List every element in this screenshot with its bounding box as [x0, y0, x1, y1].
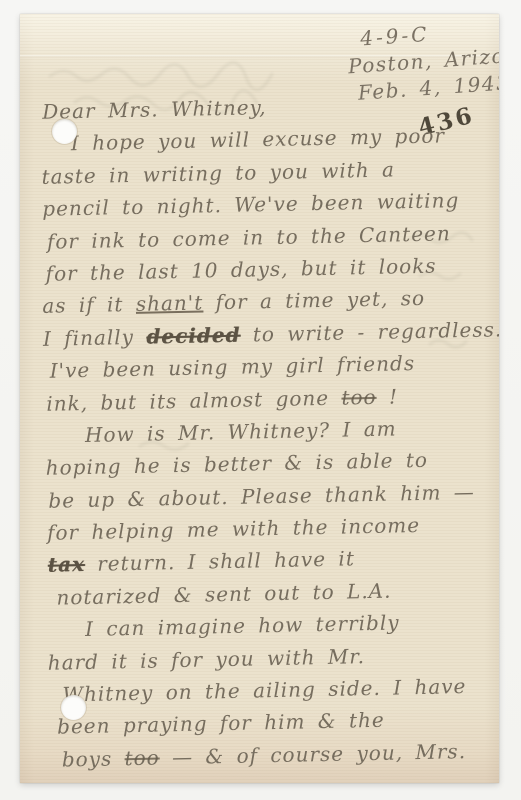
letter-text-segment: too: [124, 745, 160, 770]
letter-text-segment: to write - regardless.: [240, 317, 499, 346]
letter-text-segment: shan't: [136, 291, 204, 316]
letter-text-segment: I can imagine how terribly: [85, 611, 400, 642]
letter-text-segment: ink, but its almost gone: [46, 385, 342, 415]
punch-hole-bottom: [61, 695, 86, 720]
scan-background: 4-9-C Poston, Arizona Feb. 4, 1943 436 D…: [0, 0, 521, 800]
letter-text-segment: as if it: [42, 292, 136, 318]
letter-text-segment: too: [341, 384, 377, 409]
letter-text-segment: !: [376, 384, 398, 408]
letter-text-segment: How is Mr. Whitney? I am: [85, 416, 397, 447]
letter-text-segment: — & of course you, Mrs.: [159, 739, 466, 769]
letter-text-segment: decided: [146, 322, 241, 348]
letter-text-segment: I finally: [43, 324, 147, 350]
letter-page: 4-9-C Poston, Arizona Feb. 4, 1943 436 D…: [20, 14, 499, 783]
letter-text-segment: return. I shall have it: [85, 547, 355, 577]
letter-text-segment: tax: [47, 552, 85, 577]
letter-body: Dear Mrs. Whitney,I hope you will excuse…: [32, 90, 499, 780]
letter-text-segment: boys: [62, 746, 125, 771]
punch-hole-top: [52, 119, 77, 144]
letter-text-segment: for a time yet, so: [203, 286, 425, 315]
letter-text-segment: Dear Mrs. Whitney,: [42, 95, 267, 124]
